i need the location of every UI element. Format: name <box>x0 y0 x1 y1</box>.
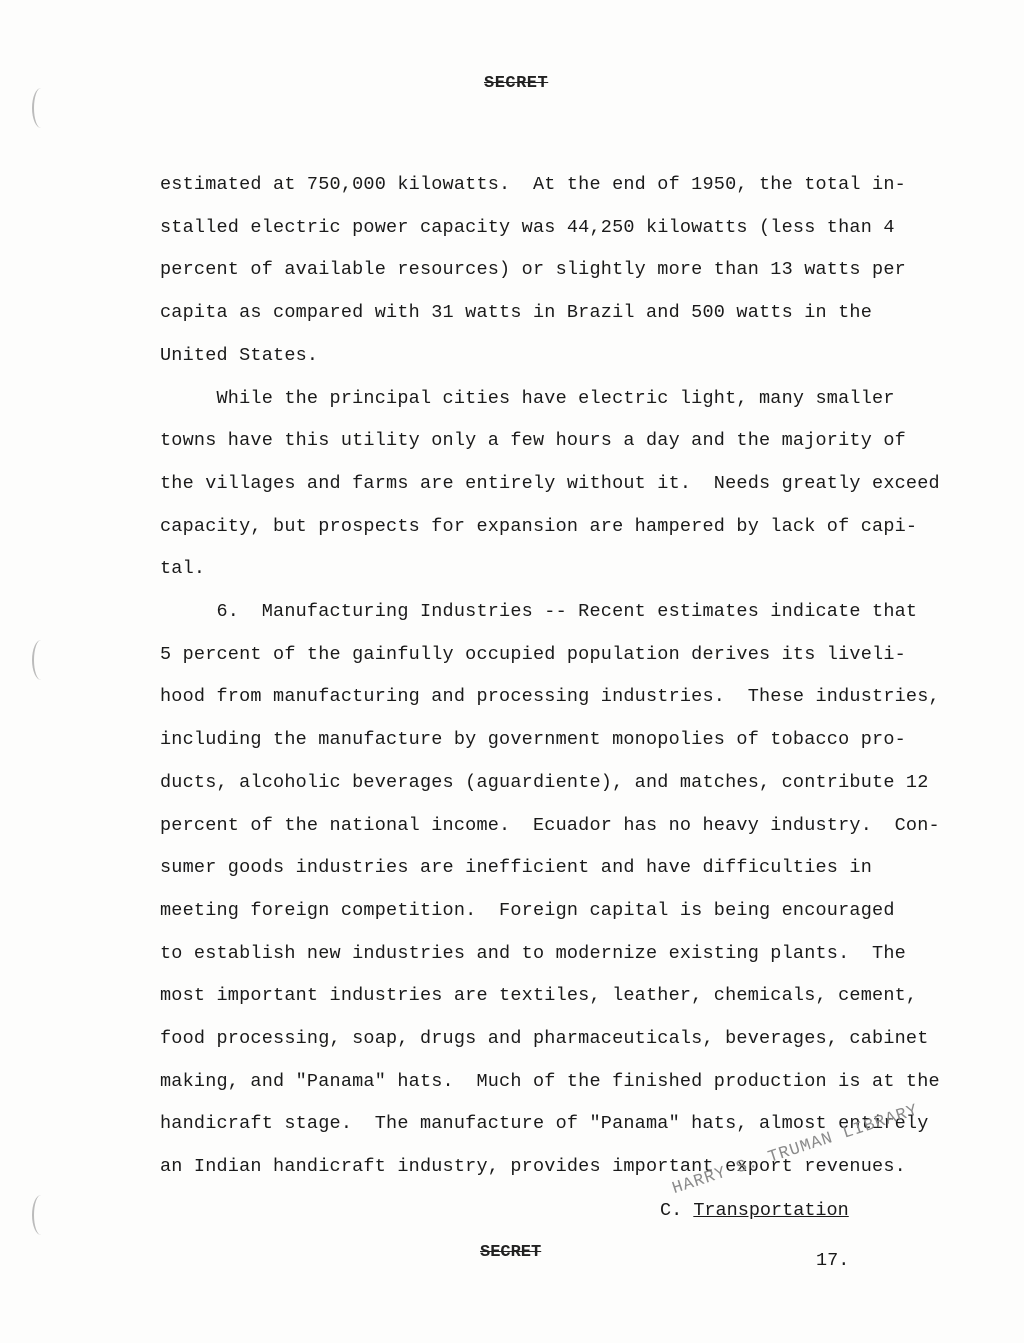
text-line: handicraft stage. The manufacture of "Pa… <box>160 1113 929 1134</box>
text-line: 6. Manufacturing Industries -- Recent es… <box>160 601 917 622</box>
text-line: the villages and farms are entirely with… <box>160 473 940 494</box>
text-line: making, and "Panama" hats. Much of the f… <box>160 1071 940 1092</box>
text-line: sumer goods industries are inefficient a… <box>160 857 872 878</box>
text-line: 5 percent of the gainfully occupied popu… <box>160 644 906 665</box>
text-line: percent of the national income. Ecuador … <box>160 815 940 836</box>
punch-hole <box>32 88 50 128</box>
section-title: Transportation <box>693 1200 848 1221</box>
text-line: capita as compared with 31 watts in Braz… <box>160 302 872 323</box>
text-line: ducts, alcoholic beverages (aguardiente)… <box>160 772 929 793</box>
punch-hole <box>32 1195 50 1235</box>
section-prefix: C. <box>660 1200 693 1221</box>
text-line: percent of available resources) or sligh… <box>160 259 906 280</box>
text-line: tal. <box>160 558 205 579</box>
text-line: capacity, but prospects for expansion ar… <box>160 516 917 537</box>
text-line: stalled electric power capacity was 44,2… <box>160 217 895 238</box>
header-classification: SECRET <box>484 74 548 93</box>
text-line: hood from manufacturing and processing i… <box>160 686 940 707</box>
page-number: 17. <box>816 1250 849 1271</box>
text-line: most important industries are textiles, … <box>160 985 917 1006</box>
text-line: estimated at 750,000 kilowatts. At the e… <box>160 174 906 195</box>
text-line: to establish new industries and to moder… <box>160 943 906 964</box>
punch-hole <box>32 640 50 680</box>
footer-classification: SECRET <box>480 1243 541 1262</box>
text-line: including the manufacture by government … <box>160 729 906 750</box>
next-section-heading: C. Transportation <box>660 1200 849 1221</box>
text-line: While the principal cities have electric… <box>160 388 895 409</box>
text-line: food processing, soap, drugs and pharmac… <box>160 1028 929 1049</box>
text-line: United States. <box>160 345 318 366</box>
text-line: meeting foreign competition. Foreign cap… <box>160 900 895 921</box>
text-line: towns have this utility only a few hours… <box>160 430 906 451</box>
